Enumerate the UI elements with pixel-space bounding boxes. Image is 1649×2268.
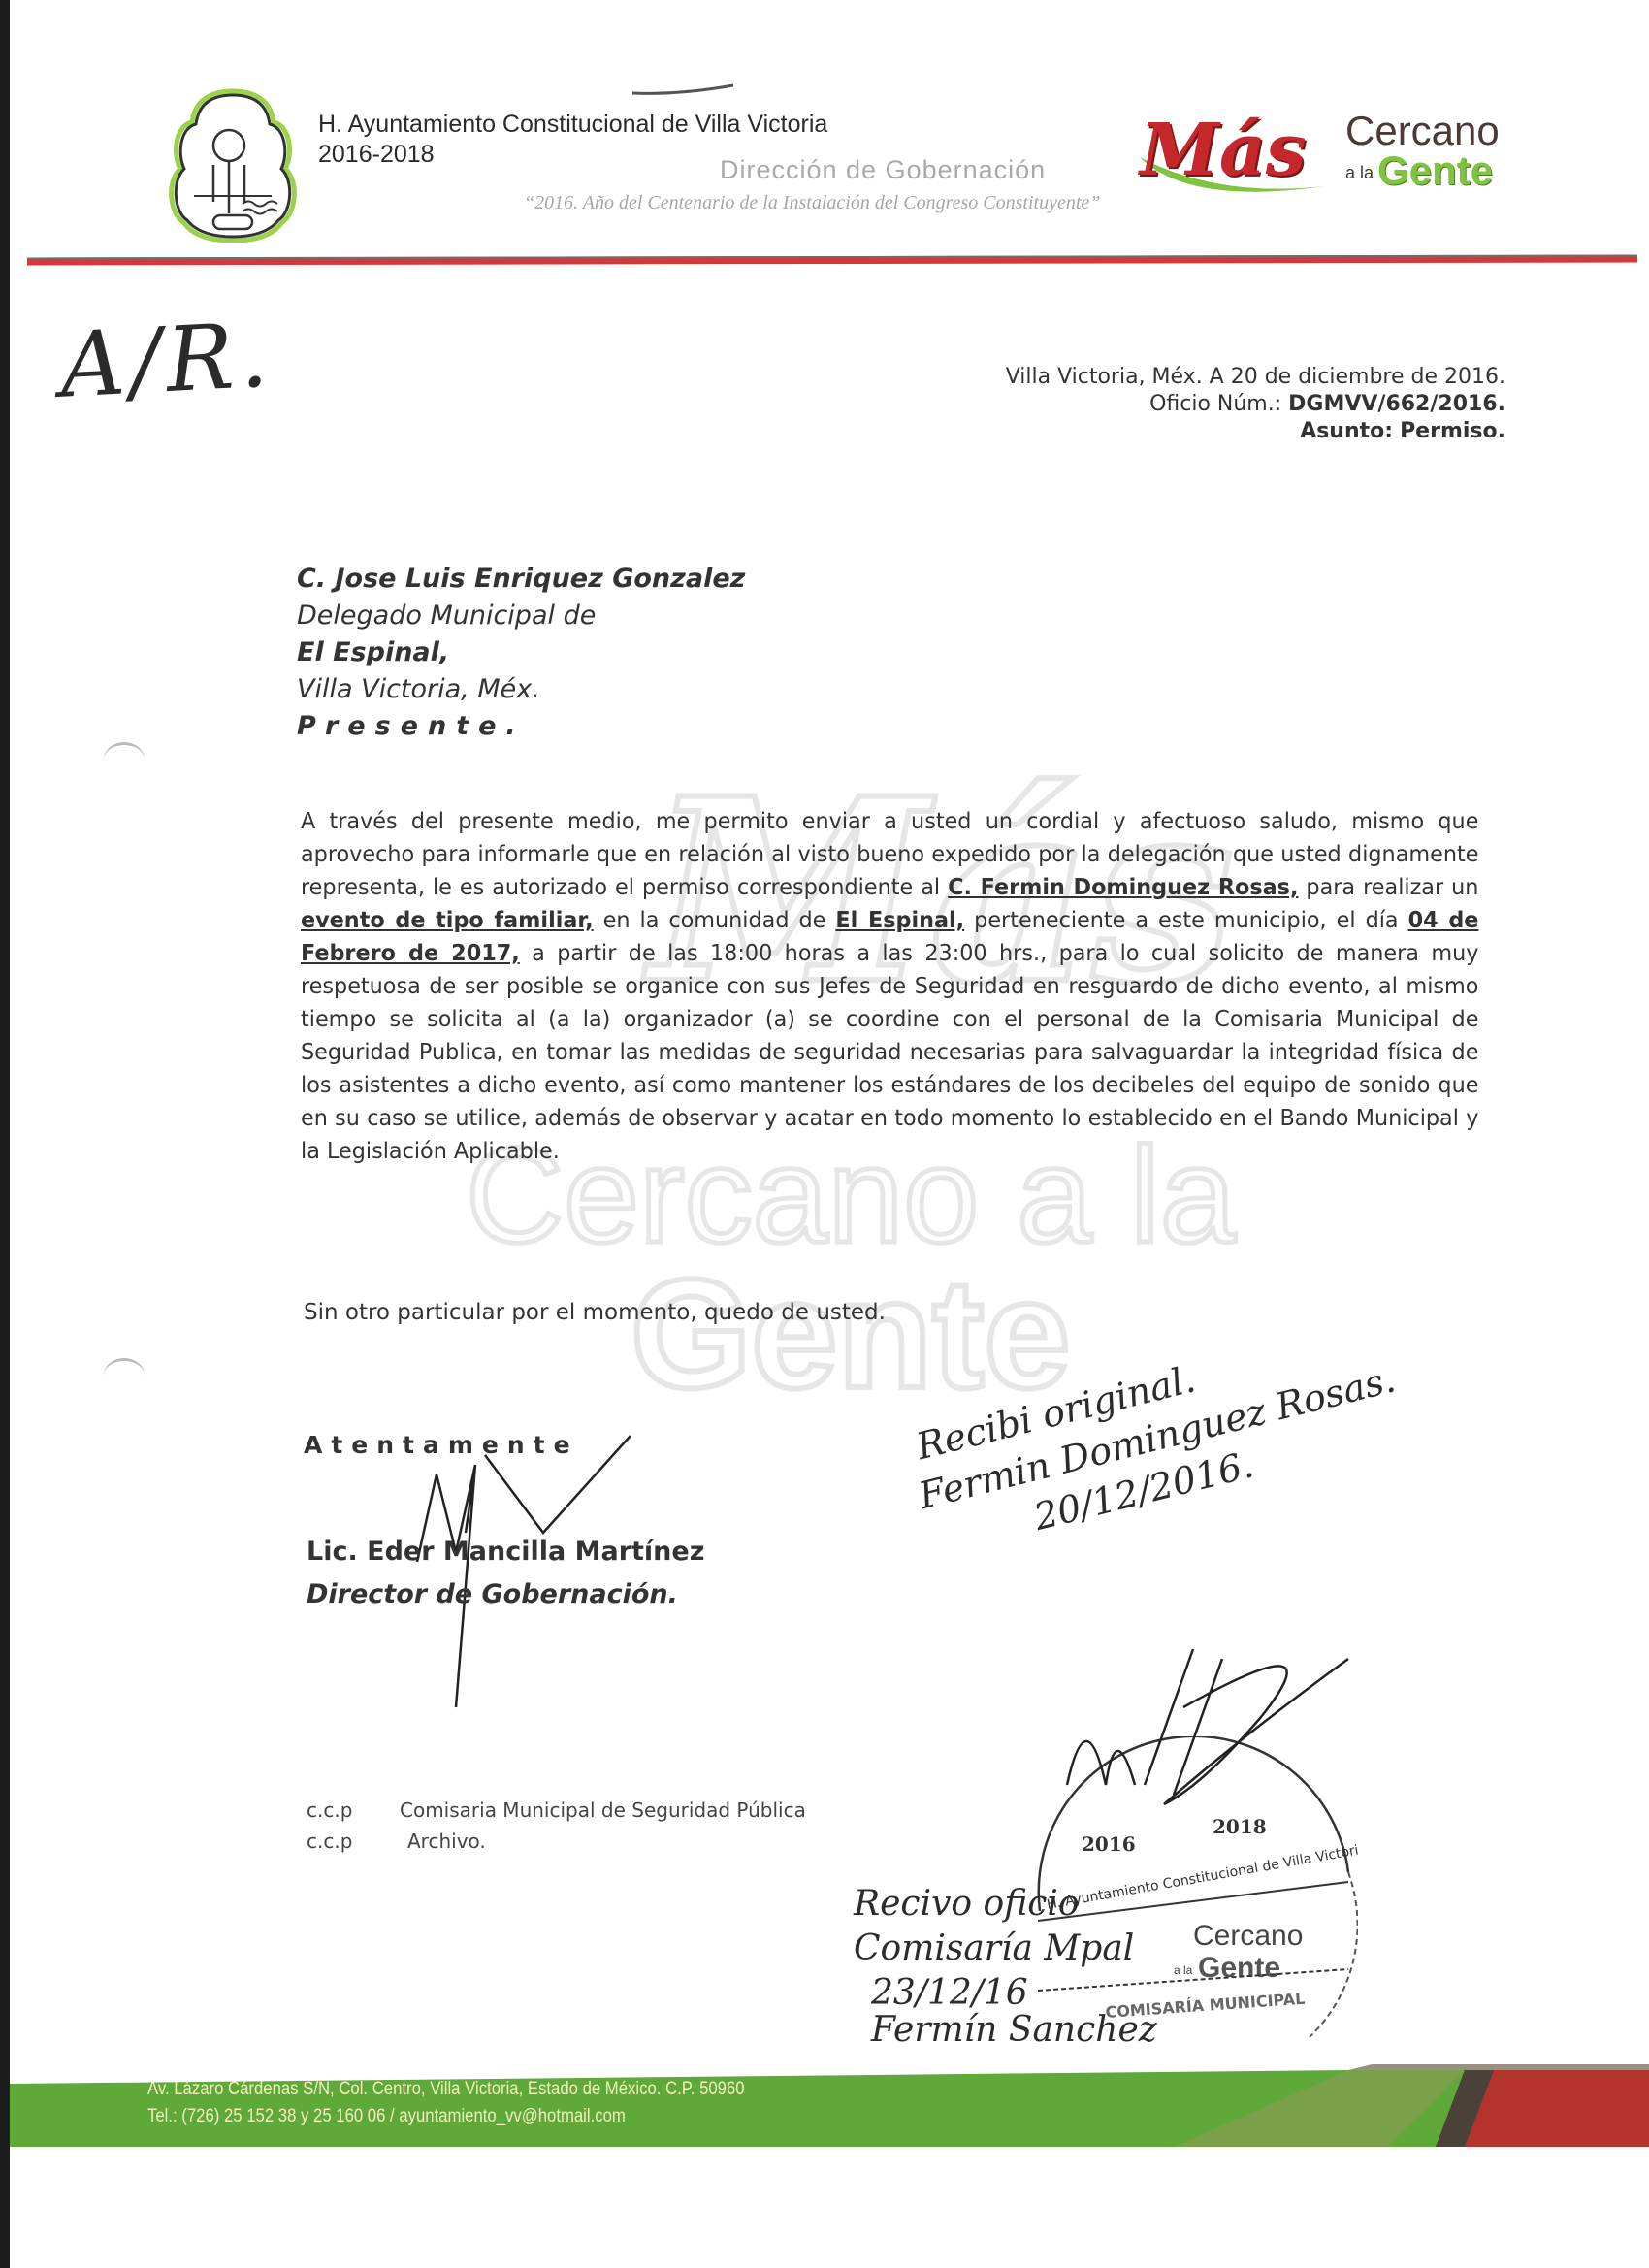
scan-edge [0, 0, 10, 2268]
svg-text:2018: 2018 [1212, 1815, 1267, 1838]
director-signature [398, 1416, 650, 1727]
letter-body: A través del presente medio, me permito … [301, 805, 1478, 1168]
punch-hole [103, 742, 145, 780]
closing-line: Sin otro particular por el momento, qued… [304, 1300, 886, 1325]
institution-name: H. Ayuntamiento Constitucional de Villa … [318, 110, 827, 140]
document-meta: Villa Victoria, Méx. A 20 de diciembre d… [1006, 364, 1505, 445]
header-divider [27, 255, 1637, 266]
recipient-community: El Espinal, [297, 634, 745, 671]
brand-logo: Más Cercano a la Gente [1130, 109, 1537, 206]
brand-a-la: a la [1345, 163, 1374, 183]
department-name: Dirección de Gobernación [720, 155, 1046, 185]
oficio-number: Oficio Núm.: DGMVV/662/2016. [1006, 391, 1505, 418]
pen-stroke-mark [630, 83, 737, 97]
signer-name: Lic. Eder Mancilla Martínez [307, 1537, 704, 1567]
recipient-block: C. Jose Luis Enriquez Gonzalez Delegado … [297, 561, 745, 745]
handwritten-receipt-recipient: Recibi original. Fermin Dominguez Rosas.… [902, 1308, 1412, 1568]
svg-text:2016: 2016 [1082, 1832, 1136, 1856]
handwritten-receipt-commissary: Recivo oficio Comisaría Mpal 23/12/16 Fe… [854, 1882, 1157, 2053]
place-date: Villa Victoria, Méx. A 20 de diciembre d… [1006, 364, 1505, 391]
recipient-role: Delegado Municipal de [297, 598, 745, 634]
footer-phone-email: Tel.: (726) 25 152 38 y 25 160 06 / ayun… [147, 2103, 745, 2130]
handwritten-ar-annotation: A/R. [57, 303, 275, 417]
municipal-crest-logo [165, 87, 301, 243]
event-type: evento de tipo familiar, [301, 908, 594, 933]
recipient-location: Villa Victoria, Méx. [297, 671, 745, 708]
signer-title: Director de Gobernación. [307, 1579, 678, 1609]
carbon-copy-list: c.c.pComisaria Municipal de Seguridad Pú… [307, 1795, 806, 1857]
svg-text:Cercano: Cercano [1193, 1920, 1303, 1952]
permit-holder: C. Fermin Dominguez Rosas, [948, 875, 1298, 900]
footer-contact: Av. Lázaro Cárdenas S/N, Col. Centro, Vi… [147, 2076, 745, 2130]
svg-text:a la: a la [1174, 1963, 1193, 1977]
footer-address: Av. Lázaro Cárdenas S/N, Col. Centro, Vi… [147, 2076, 745, 2103]
event-community: El Espinal, [835, 908, 964, 933]
recipient-name: C. Jose Luis Enriquez Gonzalez [297, 561, 745, 598]
brand-gente: Gente [1377, 147, 1493, 194]
ccp-item: c.c.pArchivo. [307, 1826, 806, 1857]
ccp-item: c.c.pComisaria Municipal de Seguridad Pú… [307, 1795, 806, 1826]
year-motto: “2016. Año del Centenario de la Instalac… [524, 192, 1100, 214]
subject: Asunto: Permiso. [1006, 418, 1505, 445]
brand-mas: Más [1140, 109, 1307, 192]
valediction: Atentamente [304, 1431, 579, 1459]
salutation: Presente. [297, 708, 745, 745]
punch-hole [103, 1358, 145, 1396]
